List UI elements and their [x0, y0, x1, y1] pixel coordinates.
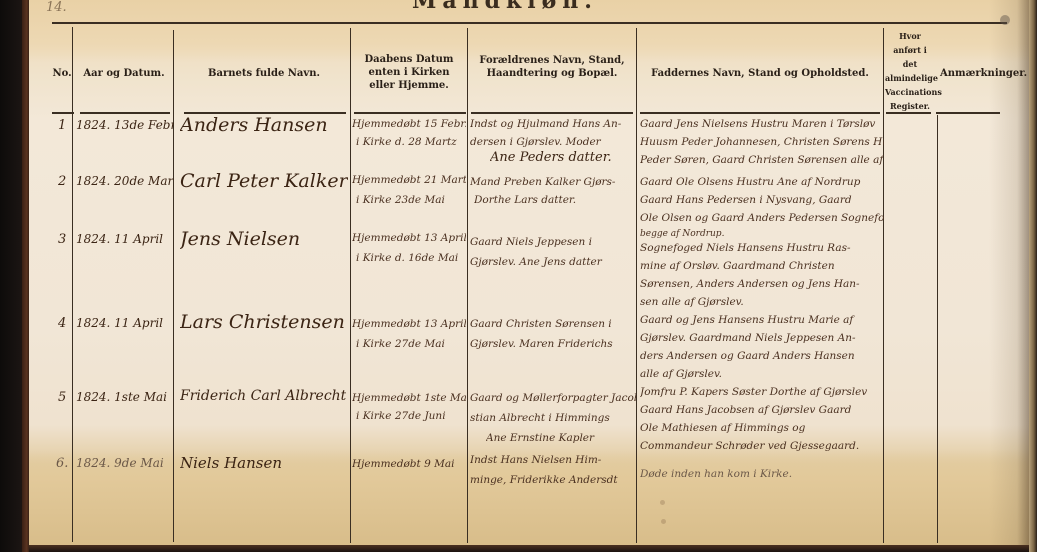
entry-parents-line: Gaard Niels Jeppesen i: [470, 234, 636, 251]
entry-parents-line: Ane Ernstine Kapler: [486, 430, 636, 447]
entry-baptism-home: Hjemmedøbt 9 Mai: [352, 456, 466, 473]
entry-parents-line: Ane Peders datter.: [490, 150, 636, 165]
entry-number: 5: [58, 390, 66, 405]
entry-baptism-church: i Kirke 23de Mai: [356, 192, 466, 209]
entry-baptism-church: i Kirke 27de Mai: [356, 336, 466, 353]
entry-number: 4: [58, 316, 66, 331]
entry-number: 6.: [56, 456, 68, 471]
entry-baptism-home: Hjemmedøbt 13 April: [352, 230, 466, 247]
entry-godparents-line: Sognefoged Niels Hansens Hustru Ras-: [640, 240, 884, 257]
entry-godparents-line: Gaard Ole Olsens Hustru Ane af Nordrup: [640, 174, 884, 191]
entry-parents-line: Gaard og Møllerforpagter Jacob Chri-: [470, 390, 636, 407]
entry-year-date: 1824. 20de Martz: [76, 174, 174, 188]
entry-baptism-church: i Kirke 27de Juni: [356, 408, 466, 425]
entry-godparents-line: Gaard Jens Nielsens Hustru Maren i Tørsl…: [640, 116, 884, 133]
entry-godparents-line: alle af Gjørslev.: [640, 366, 884, 383]
entry-godparents-line: ders Andersen og Gaard Anders Hansen: [640, 348, 884, 365]
ink-spot: [660, 500, 665, 505]
entry-baptism-home: Hjemmedøbt 15 Febr.: [352, 116, 466, 133]
entry-year-date: 1824. 11 April: [76, 316, 174, 330]
entry-number: 2: [58, 174, 66, 189]
ink-spot: [661, 519, 666, 524]
entry-parents-line: minge, Friderikke Andersdt: [470, 472, 636, 489]
entry-child-name: Niels Hansen: [180, 454, 282, 472]
entry-number: 1: [58, 118, 66, 133]
entry-parents-line: Mand Preben Kalker Gjørs-: [470, 174, 636, 191]
entry-parents-line: Indst og Hjulmand Hans An-: [470, 116, 636, 133]
entry-godparents-line: Huusm Peder Johannesen, Christen Sørens …: [640, 134, 884, 151]
entry-godparents-line: Ole Mathiesen af Himmings og: [640, 420, 884, 437]
entry-parents-line: Dorthe Lars datter.: [474, 192, 636, 209]
entry-godparents-line: Gaard Hans Jacobsen af Gjørslev Gaard: [640, 402, 884, 419]
entry-godparents-line: Peder Søren, Gaard Christen Sørensen all…: [640, 152, 884, 169]
entry-year-date: 1824. 9de Mai: [76, 456, 174, 470]
entry-godparents-line: Gaard og Jens Hansens Hustru Marie af: [640, 312, 884, 329]
entry-baptism-home: Hjemmedøbt 21 Martz: [352, 172, 466, 189]
entry-baptism-home: Hjemmedøbt 1ste Mai: [352, 390, 466, 407]
entry-child-name: Lars Christensen: [180, 311, 345, 333]
entry-child-name: Carl Peter Kalker: [180, 170, 348, 192]
entry-number: 3: [58, 232, 66, 247]
entry-parents-line: Gjørslev. Ane Jens datter: [470, 254, 636, 271]
entry-year-date: 1824. 11 April: [76, 232, 174, 246]
entry-child-name: Anders Hansen: [180, 114, 328, 136]
entry-godparents-line: sen alle af Gjørslev.: [640, 294, 884, 311]
entry-parents-line: Gjørslev. Maren Friderichs: [470, 336, 636, 353]
entry-godparents-line: Sørensen, Anders Andersen og Jens Han-: [640, 276, 884, 293]
entry-parents-line: dersen i Gjørslev. Moder: [470, 134, 636, 151]
ink-spot: [1000, 15, 1010, 25]
entry-child-name: Jens Nielsen: [180, 228, 300, 250]
entry-godparents-line: Gaard Hans Pedersen i Nysvang, Gaard: [640, 192, 884, 209]
entry-godparents-line: Døde inden han kom i Kirke.: [640, 466, 884, 483]
entry-godparents-line: mine af Orsløv. Gaardmand Christen: [640, 258, 884, 275]
entry-year-date: 1824. 13de Februar: [76, 118, 174, 132]
entry-parents-line: stian Albrecht i Himmings: [470, 410, 636, 427]
entry-parents-line: Gaard Christen Sørensen i: [470, 316, 636, 333]
entry-godparents-line: Jomfru P. Kapers Søster Dorthe af Gjørsl…: [640, 384, 884, 401]
entry-baptism-church: i Kirke d. 16de Mai: [356, 250, 466, 267]
entry-child-name: Friderich Carl Albrecht: [180, 388, 346, 404]
entry-godparents-line: Gjørslev. Gaardmand Niels Jeppesen An-: [640, 330, 884, 347]
entry-baptism-church: i Kirke d. 28 Martz: [356, 134, 466, 151]
entry-baptism-home: Hjemmedøbt 13 April: [352, 316, 466, 333]
register-entries: 1 1824. 13de Februar Anders Hansen Hjemm…: [0, 0, 1037, 552]
entry-godparents-line: Commandeur Schrøder ved Gjessegaard.: [640, 438, 884, 455]
entry-godparents-line: Ole Olsen og Gaard Anders Pedersen Sogne…: [640, 210, 884, 227]
entry-parents-line: Indst Hans Nielsen Him-: [470, 452, 636, 469]
entry-year-date: 1824. 1ste Mai: [76, 390, 174, 404]
